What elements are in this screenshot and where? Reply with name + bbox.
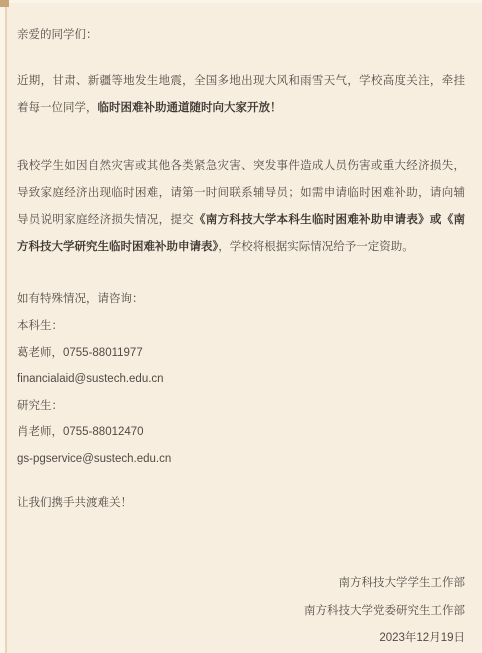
contact-undergrad-label: 本科生：	[17, 313, 465, 340]
notice-letter: 亲爱的同学们： 近期，甘肃、新疆等地发生地震，全国多地出现大风和雨雪天气，学校高…	[0, 0, 482, 653]
contact-grad-phone: 肖老师，0755-88012470	[17, 419, 465, 446]
paragraph-intro: 近期，甘肃、新疆等地发生地震，全国多地出现大风和雨雪天气，学校高度关注，牵挂着每…	[17, 68, 465, 122]
contact-grad-email: gs-pgservice@sustech.edu.cn	[17, 446, 465, 473]
contact-intro: 如有特殊情况，请咨询：	[17, 286, 465, 313]
signature-date: 2023年12月19日	[17, 625, 465, 653]
contact-undergrad-email: financialaid@sustech.edu.cn	[17, 366, 465, 393]
contact-undergrad-phone: 葛老师，0755-88011977	[17, 340, 465, 367]
salutation: 亲爱的同学们：	[17, 22, 465, 49]
paragraph-intro-bold-text: 临时困难补助通道随时向大家开放！	[98, 102, 282, 114]
signature-block: 南方科技大学学生工作部 南方科技大学党委研究生工作部 2023年12月19日	[17, 570, 465, 653]
paragraph-policy: 我校学生如因自然灾害或其他各类紧急灾害、突发事件造成人员伤害或重大经济损失，导致…	[17, 153, 465, 261]
closing-line: 让我们携手共渡难关！	[17, 490, 465, 517]
contact-grad-label: 研究生：	[17, 393, 465, 420]
signature-dept-graduate-affairs: 南方科技大学党委研究生工作部	[17, 598, 465, 626]
signature-dept-student-affairs: 南方科技大学学生工作部	[17, 570, 465, 598]
paragraph-policy-text-after: ，学校将根据实际情况给予一定资助。	[218, 241, 414, 253]
